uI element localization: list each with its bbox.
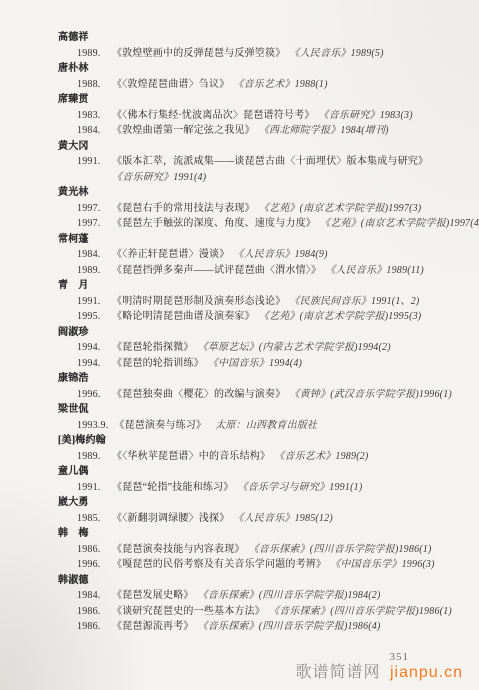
entry-source: 《音乐探索》(四川音乐学院学报)1986(4) [203,621,381,632]
bib-entry: 1996.《琵琶独奏曲〈樱花〉的改编与演奏》《黄钟》(武汉音乐学院学报)1996… [77,387,479,403]
entry-year: 1994. [77,340,106,356]
entry-content: 《敦煌壁画中的反弹琵琶与反弹箜篌》《人民音乐》1989(5) [112,46,384,62]
bib-entry: 1986.《谈研究琵琶史的一些基本方法》《音乐探索》(四川音乐学院学报)1986… [77,604,479,620]
bib-entry: 1995.《略论明清琵琶曲谱及演奏家》《艺苑》(南京艺术学院学报)1995(3) [77,309,479,325]
entry-title: 《琵琶独奏曲〈樱花〉的改编与演奏》 [112,389,285,400]
entry-source: 《艺苑》(南京艺术学院学报)1995(3) [264,311,422,322]
entry-year: 1989. [77,449,106,465]
entry-source: 《音乐探索》(四川音乐学院学报)1984(2) [203,590,381,601]
bib-entry: 1994.《琵琶的轮指训练》《中国音乐》1994(4) [77,356,479,372]
entry-year: 1983. [77,108,106,124]
entry-title: 《琵琶演奏技能与内容表现》 [112,544,245,555]
entry-content: 《琵琶发展史略》《音乐探索》(四川音乐学院学报)1984(2) [112,588,381,604]
entry-content: 《版本汇萃，流派咸集——谈琵琶古曲〈十面埋伏〉版本集成与研究》《音乐研究》199… [112,154,428,185]
bib-group: 常柯蓬1984.《〈养正轩琵琶谱〉漫谈》《人民音乐》1984(9)1989.《琵… [0,232,479,279]
entry-content: 《琵琶挡弹多秦声——试评琵琶曲〈渭水情〉》《人民音乐》1989(11) [112,263,424,279]
entry-title: 《明清时期琵琶形制及演奏形态浅论》 [112,296,285,307]
entry-content: 《〈敦煌琵琶曲谱〉刍议》《音乐艺术》1988(1) [112,77,328,93]
author-name: 青 月 [58,278,479,294]
bib-entry: 1993.9.《琵琶演奏与练习》太原：山西教育出版社 [77,418,479,434]
entry-year: 1997. [77,201,106,217]
entry-source: 《人民音乐》1984(9) [238,249,327,260]
entry-content: 《〈华秋苹琵琶谱〉中的音乐结构》《音乐艺术》1989(2) [112,449,368,465]
entry-content: 《琵琶演奏与练习》太原：山西教育出版社 [114,418,317,434]
entry-title: 《琵琶演奏与练习》 [114,420,206,431]
bib-group: 青 月1991.《明清时期琵琶形制及演奏形态浅论》《民族民间音乐》1991(1、… [0,278,479,325]
bib-entry: 1991.《琵琶“轮指”技能和练习》《音乐学习与研究》1991(1) [77,480,479,496]
entry-title: 《嘎琵琶的民俗考察及有关音乐学问题的考辨》 [112,559,326,570]
author-name: 康锦浩 [58,371,479,387]
bib-entry: 1986.《琵琶源流再考》《音乐探索》(四川音乐学院学报)1986(4) [77,619,479,635]
author-name: 韩 梅 [58,526,479,542]
entry-title: 《琵琶的轮指训练》 [112,358,204,369]
author-name: 梁世侃 [58,402,479,418]
entry-source: 《艺苑》(南京艺术学院学报)1997(3) [264,203,422,214]
entry-title: 《〈新翻羽调绿腰〉浅探》 [112,513,229,524]
scanned-page: 高德祥1989.《敦煌壁画中的反弹琵琶与反弹箜篌》《人民音乐》1989(5)唐朴… [0,0,479,690]
author-name: 阎淑珍 [58,325,479,341]
entry-source: 《音乐探索》(四川音乐学院学报)1986(1) [254,544,432,555]
entry-content: 《〈新翻羽调绿腰〉浅探》《人民音乐》1985(12) [112,511,333,527]
entry-source: 《中国音乐》1994(4) [213,358,302,369]
entry-title: 《琵琶发展史略》 [112,590,194,601]
entry-content: 《〈佛本行集经·忧波离品次〉琵琶谱符号考》《音乐研究》1983(3) [112,108,413,124]
entry-year: 1991. [77,480,106,496]
bib-group: 黄光林1997.《琵琶右手的常用技法与表现》《艺苑》(南京艺术学院学报)1997… [0,185,479,232]
entry-year: 1984. [77,588,106,604]
entry-source: 《音乐研究》1983(3) [324,110,413,121]
entry-source: 《音乐艺术》1989(2) [279,451,368,462]
bib-entry: 1988.《〈敦煌琵琶曲谱〉刍议》《音乐艺术》1988(1) [77,77,479,93]
watermark: 歌谱简谱网 jianpu.cn [295,659,463,682]
entry-source: 《音乐研究》1991(4) [112,170,428,186]
entry-content: 《敦煌曲谱第一解定弦之我见》《西北师院学报》1984(增刊) [112,123,389,139]
bib-group: 黄大冈1991.《版本汇萃，流派咸集——谈琵琶古曲〈十面埋伏〉版本集成与研究》《… [0,139,479,186]
bib-entry: 1989.《〈华秋苹琵琶谱〉中的音乐结构》《音乐艺术》1989(2) [77,449,479,465]
entry-year: 1997. [77,216,106,232]
entry-title: 《敦煌曲谱第一解定弦之我见》 [112,125,255,136]
bib-entry: 1985.《〈新翻羽调绿腰〉浅探》《人民音乐》1985(12) [77,511,479,527]
entry-year: 1993.9. [77,418,108,434]
bib-group: 梁世侃1993.9.《琵琶演奏与练习》太原：山西教育出版社 [0,402,479,433]
entry-title: 《〈敦煌琵琶曲谱〉刍议》 [112,79,229,90]
entry-year: 1995. [77,309,106,325]
entry-year: 1991. [77,294,106,310]
bib-entry: 1984.《〈养正轩琵琶谱〉漫谈》《人民音乐》1984(9) [77,247,479,263]
entry-content: 《琵琶演奏技能与内容表现》《音乐探索》(四川音乐学院学报)1986(1) [112,542,432,558]
entry-source: 《人民音乐》1985(12) [238,513,332,524]
entry-source: 太原：山西教育出版社 [215,420,317,431]
author-name: 童儿偶 [58,464,479,480]
entry-year: 1985. [77,511,106,527]
bib-entry: 1986.《琵琶演奏技能与内容表现》《音乐探索》(四川音乐学院学报)1986(1… [77,542,479,558]
bib-entry: 1996.《嘎琵琶的民俗考察及有关音乐学问题的考辨》《中国音乐学》1996(3) [77,557,479,573]
entry-content: 《嘎琵琶的民俗考察及有关音乐学问题的考辨》《中国音乐学》1996(3) [112,557,435,573]
entry-source: 《音乐学习与研究》1991(1) [242,482,362,493]
author-name: 崴大勇 [58,495,479,511]
bib-group: 阎淑珍1994.《琵琶轮指探微》《草原艺坛》(内蒙古艺术学院学报)1994(2)… [0,325,479,372]
entry-title: 《〈养正轩琵琶谱〉漫谈》 [112,249,229,260]
entry-year: 1996. [77,557,106,573]
author-name: 席臻贯 [58,92,479,108]
bib-entry: 1994.《琵琶轮指探微》《草原艺坛》(内蒙古艺术学院学报)1994(2) [77,340,479,356]
author-name: 黄光林 [58,185,479,201]
entry-title: 《琵琶左手触弦的深度、角度、速度与力度》 [112,218,316,229]
author-name: 韩淑德 [58,573,479,589]
entry-year: 1986. [77,619,106,635]
entry-content: 《琵琶的轮指训练》《中国音乐》1994(4) [112,356,302,372]
bib-group: 童儿偶1991.《琵琶“轮指”技能和练习》《音乐学习与研究》1991(1) [0,464,479,495]
entry-source: 《人民音乐》1989(11) [330,265,424,276]
entry-source: 《黄钟》(武汉音乐学院学报)1996(1) [294,389,452,400]
bib-group: 康锦浩1996.《琵琶独奏曲〈樱花〉的改编与演奏》《黄钟》(武汉音乐学院学报)1… [0,371,479,402]
entry-title: 《谈研究琵琶史的一些基本方法》 [112,606,265,617]
entry-year: 1989. [77,263,106,279]
author-name: 常柯蓬 [58,232,479,248]
entry-source: 《草原艺坛》(内蒙古艺术学院学报)1994(2) [203,342,391,353]
bib-entry: 1989.《琵琶挡弹多秦声——试评琵琶曲〈渭水情〉》《人民音乐》1989(11) [77,263,479,279]
watermark-site-name: 歌谱简谱网 [295,664,380,681]
entry-source: 《中国音乐学》1996(3) [335,559,434,570]
bib-entry: 1989.《敦煌壁画中的反弹琵琶与反弹箜篌》《人民音乐》1989(5) [77,46,479,62]
entry-source: 《音乐探索》(四川音乐学院学报)1986(1) [274,606,452,617]
entry-content: 《琵琶右手的常用技法与表现》《艺苑》(南京艺术学院学报)1997(3) [112,201,421,217]
entry-title: 《略论明清琵琶曲谱及演奏家》 [112,311,255,322]
entry-year: 1996. [77,387,106,403]
entry-content: 《谈研究琵琶史的一些基本方法》《音乐探索》(四川音乐学院学报)1986(1) [112,604,452,620]
entry-content: 《明清时期琵琶形制及演奏形态浅论》《民族民间音乐》1991(1、2) [112,294,419,310]
entry-title: 《琵琶挡弹多秦声——试评琵琶曲〈渭水情〉》 [112,265,321,276]
bib-group: 韩淑德1984.《琵琶发展史略》《音乐探索》(四川音乐学院学报)1984(2)1… [0,573,479,635]
author-name: 唐朴林 [58,61,479,77]
bib-entry: 1984.《琵琶发展史略》《音乐探索》(四川音乐学院学报)1984(2) [77,588,479,604]
bib-group: 韩 梅1986.《琵琶演奏技能与内容表现》《音乐探索》(四川音乐学院学报)198… [0,526,479,573]
bib-entry: 1997.《琵琶左手触弦的深度、角度、速度与力度》《艺苑》(南京艺术学院学报)1… [77,216,479,232]
author-name: [美]梅约翰 [58,433,479,449]
entry-title: 《〈佛本行集经·忧波离品次〉琵琶谱符号考》 [112,110,315,121]
entry-source: 《音乐艺术》1988(1) [238,79,327,90]
entry-title: 《〈华秋苹琵琶谱〉中的音乐结构》 [112,451,270,462]
entry-year: 1991. [77,154,106,170]
entry-content: 《琵琶左手触弦的深度、角度、速度与力度》《艺苑》(南京艺术学院学报)1997(4… [112,216,479,232]
bib-group: 席臻贯1983.《〈佛本行集经·忧波离品次〉琵琶谱符号考》《音乐研究》1983(… [0,92,479,139]
author-name: 黄大冈 [58,139,479,155]
bib-entry: 1997.《琵琶右手的常用技法与表现》《艺苑》(南京艺术学院学报)1997(3) [77,201,479,217]
entry-year: 1989. [77,46,106,62]
entry-source: 《艺苑》(南京艺术学院学报)1997(4) [325,218,479,229]
entry-title: 《琵琶源流再考》 [112,621,194,632]
entry-source: 《西北师院学报》1984(增刊) [264,125,389,136]
entry-content: 《略论明清琵琶曲谱及演奏家》《艺苑》(南京艺术学院学报)1995(3) [112,309,421,325]
bib-group: [美]梅约翰1989.《〈华秋苹琵琶谱〉中的音乐结构》《音乐艺术》1989(2) [0,433,479,464]
bib-entry: 1991.《版本汇萃，流派咸集——谈琵琶古曲〈十面埋伏〉版本集成与研究》《音乐研… [77,154,479,185]
entry-content: 《琵琶“轮指”技能和练习》《音乐学习与研究》1991(1) [112,480,362,496]
entry-year: 1986. [77,542,106,558]
entry-title: 《琵琶“轮指”技能和练习》 [112,482,233,493]
entry-year: 1988. [77,77,106,93]
bib-entry: 1991.《明清时期琵琶形制及演奏形态浅论》《民族民间音乐》1991(1、2) [77,294,479,310]
bib-group: 崴大勇1985.《〈新翻羽调绿腰〉浅探》《人民音乐》1985(12) [0,495,479,526]
bib-group: 高德祥1989.《敦煌壁画中的反弹琵琶与反弹箜篌》《人民音乐》1989(5) [0,30,479,61]
entry-title: 《琵琶右手的常用技法与表现》 [112,203,255,214]
watermark-site-url: jianpu.cn [390,664,463,681]
entry-title: 《版本汇萃，流派咸集——谈琵琶古曲〈十面埋伏〉版本集成与研究》 [112,156,428,167]
bibliography-list: 高德祥1989.《敦煌壁画中的反弹琵琶与反弹箜篌》《人民音乐》1989(5)唐朴… [0,0,479,635]
bib-entry: 1983.《〈佛本行集经·忧波离品次〉琵琶谱符号考》《音乐研究》1983(3) [77,108,479,124]
bib-group: 唐朴林1988.《〈敦煌琵琶曲谱〉刍议》《音乐艺术》1988(1) [0,61,479,92]
entry-year: 1994. [77,356,106,372]
entry-title: 《敦煌壁画中的反弹琵琶与反弹箜篌》 [112,48,285,59]
entry-content: 《琵琶源流再考》《音乐探索》(四川音乐学院学报)1986(4) [112,619,381,635]
entry-content: 《〈养正轩琵琶谱〉漫谈》《人民音乐》1984(9) [112,247,328,263]
entry-content: 《琵琶轮指探微》《草原艺坛》(内蒙古艺术学院学报)1994(2) [112,340,391,356]
author-name: 高德祥 [58,30,479,46]
entry-source: 《人民音乐》1989(5) [294,48,383,59]
bib-entry: 1984.《敦煌曲谱第一解定弦之我见》《西北师院学报》1984(增刊) [77,123,479,139]
entry-source: 《民族民间音乐》1991(1、2) [294,296,419,307]
entry-year: 1984. [77,247,106,263]
entry-year: 1984. [77,123,106,139]
entry-content: 《琵琶独奏曲〈樱花〉的改编与演奏》《黄钟》(武汉音乐学院学报)1996(1) [112,387,452,403]
entry-title: 《琵琶轮指探微》 [112,342,194,353]
entry-year: 1986. [77,604,106,620]
